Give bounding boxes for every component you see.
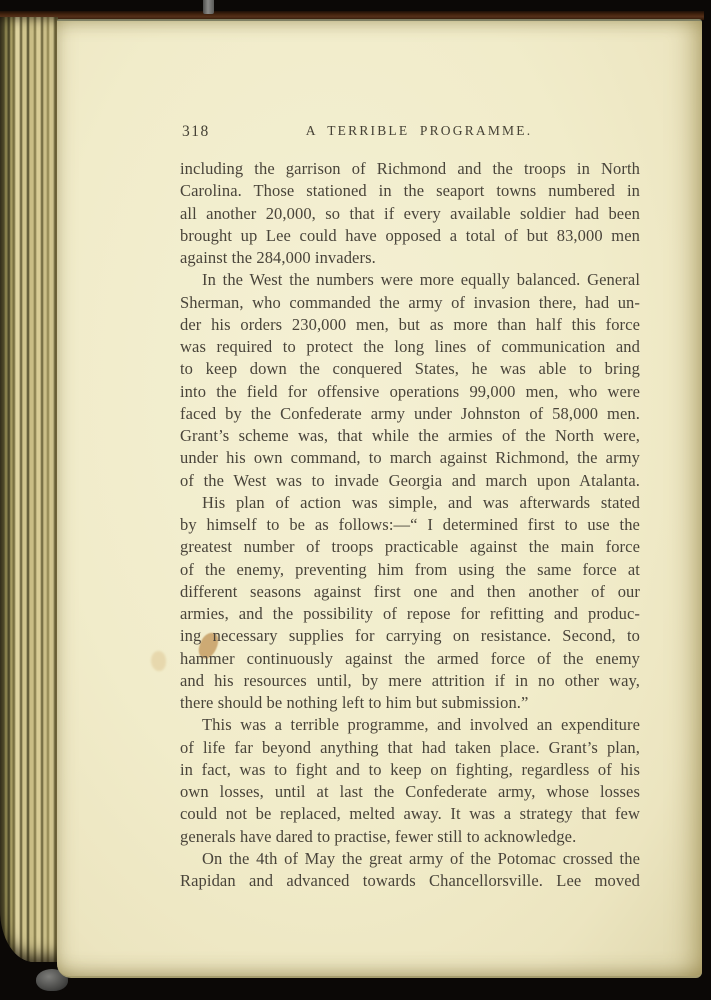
text-line: greatest number of troops practicable ag… (180, 536, 640, 558)
page-body-text: including the garrison of Richmond and t… (180, 158, 640, 892)
page-stain (151, 651, 166, 671)
text-line: of life far beyond anything that had tak… (180, 737, 640, 759)
running-header-title: A TERRIBLE PROGRAMME. (180, 123, 640, 139)
text-line: This was a terrible programme, and invol… (180, 714, 640, 736)
text-line: of the West was to invade Georgia and ma… (180, 470, 640, 492)
text-line: of the enemy, preventing him from using … (180, 559, 640, 581)
text-line: faced by the Confederate army under John… (180, 403, 640, 425)
text-line: brought up Lee could have opposed a tota… (180, 225, 640, 247)
scanned-book-photo: 318 A TERRIBLE PROGRAMME. including the … (0, 0, 711, 1000)
text-line: including the garrison of Richmond and t… (180, 158, 640, 180)
text-line: could not be replaced, melted away. It w… (180, 803, 640, 825)
book-page-edges (0, 17, 58, 962)
text-line: against the 284,000 invaders. (180, 247, 640, 269)
text-line: under his own command, to march against … (180, 447, 640, 469)
text-line: to keep down the conquered States, he wa… (180, 358, 640, 380)
text-line: Carolina. Those stationed in the seaport… (180, 180, 640, 202)
text-line: armies, and the possibility of repose fo… (180, 603, 640, 625)
scanner-clip (203, 0, 214, 14)
text-line: own losses, until at last the Confederat… (180, 781, 640, 803)
text-line: all another 20,000, so that if every ava… (180, 203, 640, 225)
text-line: On the 4th of May the great army of the … (180, 848, 640, 870)
text-line: His plan of action was simple, and was a… (180, 492, 640, 514)
text-line: into the field for offensive operations … (180, 381, 640, 403)
text-line: by himself to be as follows:—“ I determi… (180, 514, 640, 536)
text-line: generals have dared to practise, fewer s… (180, 826, 640, 848)
page-number: 318 (182, 123, 210, 141)
running-head: 318 A TERRIBLE PROGRAMME. (180, 123, 640, 141)
text-line: was required to protect the long lines o… (180, 336, 640, 358)
text-line: hammer continuously against the armed fo… (180, 648, 640, 670)
text-line: in fact, was to fight and to keep on fig… (180, 759, 640, 781)
text-line: Rapidan and advanced towards Chancellors… (180, 870, 640, 892)
book-page: 318 A TERRIBLE PROGRAMME. including the … (57, 19, 702, 978)
text-line: Grant’s scheme was, that while the armie… (180, 425, 640, 447)
text-line: In the West the numbers were more equall… (180, 269, 640, 291)
text-line: ing necessary supplies for carrying on r… (180, 625, 640, 647)
text-line: and his resources until, by mere attriti… (180, 670, 640, 692)
text-line: there should be nothing left to him but … (180, 692, 640, 714)
text-line: der his orders 230,000 men, but as more … (180, 314, 640, 336)
page-content-area: 318 A TERRIBLE PROGRAMME. including the … (180, 21, 640, 976)
text-line: Sherman, who commanded the army of invas… (180, 292, 640, 314)
text-line: different seasons against first one and … (180, 581, 640, 603)
